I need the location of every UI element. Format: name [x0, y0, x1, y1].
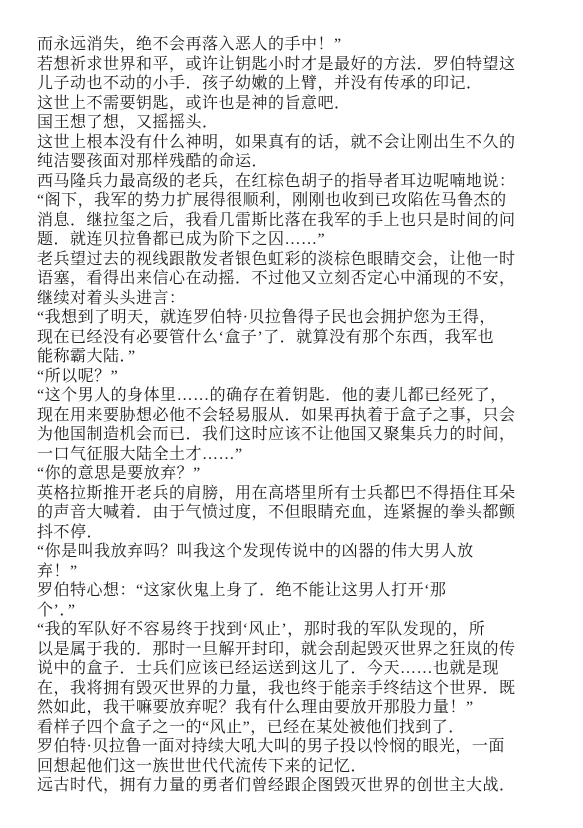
- text-line: 国王想了想，又摇摇头．: [37, 113, 555, 133]
- text-line: “这个男人的身体里……的确存在着钥匙．他的妻儿都已经死了，: [37, 386, 555, 406]
- text-line: 语塞，看得出来信心在动摇．不过他又立刻否定心中涌现的不安，: [37, 269, 555, 289]
- text-line: 老兵望过去的视线跟散发者银色虹彩的淡棕色眼睛交会，让他一时: [37, 250, 555, 270]
- text-line: “阁下，我军的势力扩展得很顺利，刚刚也收到已攻陷佐马鲁杰的: [37, 191, 555, 211]
- text-line: 罗伯特·贝拉鲁一面对持续大吼大叫的男子投以怜悯的眼光，一面: [37, 737, 555, 757]
- text-line: “所以呢？”: [37, 367, 555, 387]
- text-line: 以是属于我的．那时一旦解开封印，就会刮起毁灭世界之狂岚的传: [37, 640, 555, 660]
- text-line: 的声音大喊着．由于气愤过度，不但眼睛充血，连紧握的拳头都颤: [37, 503, 555, 523]
- text-line: 现在用来要胁想必他不会轻易服从．如果再执着于盒子之事，只会: [37, 406, 555, 426]
- text-line: “你的意思是要放弃？”: [37, 464, 555, 484]
- text-line: 消息．继拉玺之后，我看几雷斯比落在我军的手上也只是时间的问: [37, 211, 555, 231]
- text-line: 能称霸大陆．”: [37, 347, 555, 367]
- text-line: 罗伯特心想：“这家伙鬼上身了．绝不能让这男人打开‘那: [37, 581, 555, 601]
- text-line: 这世上根本没有什么神明，如果真有的话，就不会让刚出生不久的: [37, 133, 555, 153]
- text-line: 说中的盒子．士兵们应该已经运送到这儿了．今天……也就是现: [37, 659, 555, 679]
- text-line: “我想到了明天，就连罗伯特·贝拉鲁得子民也会拥护您为王得，: [37, 308, 555, 328]
- text-line: “你是叫我放弃吗？叫我这个发现传说中的凶器的伟大男人放: [37, 542, 555, 562]
- text-line: 题．就连贝拉鲁都已成为阶下之囚……”: [37, 230, 555, 250]
- text-line: 弃！”: [37, 562, 555, 582]
- text-line: 英格拉斯推开老兵的肩膀，用在高塔里所有士兵都巴不得捂住耳朵: [37, 484, 555, 504]
- text-line: 纯洁婴孩面对那样残酷的命运．: [37, 152, 555, 172]
- text-line: 这世上不需要钥匙，或许也是神的旨意吧．: [37, 94, 555, 114]
- text-line: 看样子四个盒子之一的“风止”，已经在某处被他们找到了．: [37, 718, 555, 738]
- text-line: 远古时代，拥有力量的勇者们曾经跟企图毁灭世界的创世主大战．: [37, 776, 555, 796]
- text-line: 然如此，我干嘛要放弃呢？我有什么理由要放开那股力量！”: [37, 698, 555, 718]
- text-line: 西马隆兵力最高级的老兵，在红棕色胡子的指导者耳边呢喃地说：: [37, 172, 555, 192]
- text-line: 为他国制造机会而已．我们这时应该不让他国又聚集兵力的时间，: [37, 425, 555, 445]
- text-line: 继续对着头头进言：: [37, 289, 555, 309]
- text-line: “我的军队好不容易终于找到‘风止’，那时我的军队发现的，所: [37, 620, 555, 640]
- novel-page: 而永远消失，绝不会再落入恶人的手中！”若想祈求世界和平，或许让钥匙小时才是最好的…: [0, 0, 583, 828]
- text-line: 一口气征服大陆全土才……”: [37, 445, 555, 465]
- text-line: 现在已经没有必要管什么‘盒子’了．就算没有那个东西，我军也: [37, 328, 555, 348]
- novel-text-block: 而永远消失，绝不会再落入恶人的手中！”若想祈求世界和平，或许让钥匙小时才是最好的…: [37, 35, 555, 796]
- text-line: 若想祈求世界和平，或许让钥匙小时才是最好的方法．罗伯特望这: [37, 55, 555, 75]
- text-line: 在，我将拥有毁灭世界的力量，我也终于能亲手终结这个世界．既: [37, 679, 555, 699]
- text-line: 而永远消失，绝不会再落入恶人的手中！”: [37, 35, 555, 55]
- text-line: 个’．”: [37, 601, 555, 621]
- text-line: 回想起他们这一族世世代代流传下来的记忆．: [37, 757, 555, 777]
- text-line: 儿子动也不动的小手．孩子幼嫩的上臂，并没有传承的印记．: [37, 74, 555, 94]
- text-line: 抖不停．: [37, 523, 555, 543]
